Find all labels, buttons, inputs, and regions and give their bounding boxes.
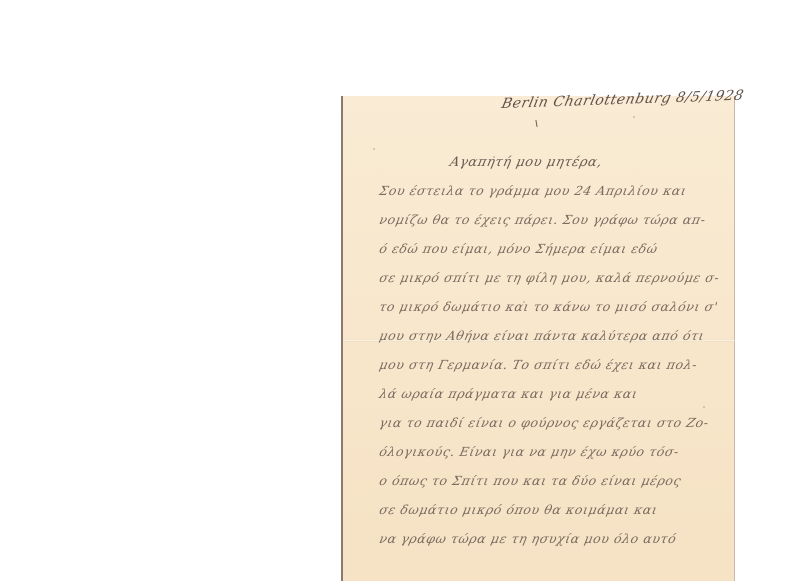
letter-salutation: Αγαπητή μου μητέρα, [448, 155, 603, 170]
paper-speck [703, 406, 705, 408]
paper-speck [373, 148, 375, 150]
letter-line: για το παιδί είναι ο φούρνος εργάζεται σ… [378, 415, 710, 430]
letter-line: ο όπως το Σπίτι που και τα δύο είναι μέρ… [378, 473, 683, 488]
paper-speck [633, 116, 635, 118]
letter-line: το μικρό δωμάτιο και το κάνω το μισό σαλ… [378, 299, 720, 314]
letter-line: να γράφω τώρα με τη ησυχία μου όλο αυτό [378, 531, 678, 546]
letter-line: σε δωμάτιο μικρό όπου θα κοιμάμαι και [378, 502, 659, 517]
letter-line: νομίζω θα το έχεις πάρει. Σου γράφω τώρα… [378, 212, 707, 227]
letter-line: όλογικούς. Είναι για να μην έχω κρύο τόσ… [378, 444, 681, 459]
letter-line: Σου έστειλα το γράμμα μου 24 Απριλίου κα… [378, 183, 688, 198]
scanned-document-background: Berlin Charlottenburg 8/5/1928 Αγαπητή μ… [0, 0, 800, 581]
letter-line: μου στη Γερμανία. Το σπίτι εδώ έχει και … [378, 357, 699, 372]
letter-line: μου στην Αθήνα είναι πάντα καλύτερα από … [378, 328, 706, 343]
letter-line: λά ωραία πράγματα και για μένα και [378, 386, 639, 401]
letter-line: σε μικρό σπίτι με τη φίλη μου, καλά περν… [378, 270, 721, 285]
letter-line: ό εδώ που είμαι, μόνο Σήμερα είμαι εδώ [378, 241, 659, 256]
